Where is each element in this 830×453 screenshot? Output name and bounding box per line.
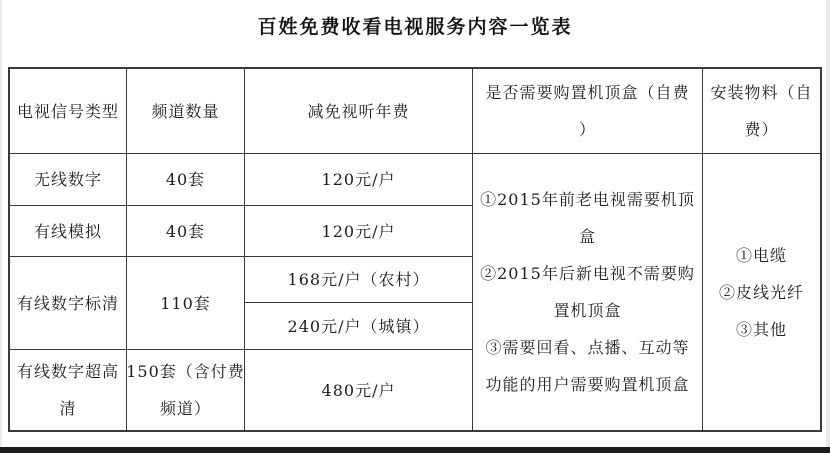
header-stb-line: 是否需要购置机顶盒（自费: [485, 74, 689, 111]
header-channel-count: 频道数量: [127, 69, 245, 154]
stb-note-line: ①2015年前老电视需要机顶: [480, 181, 695, 218]
materials-note-line: ②皮线光纤: [719, 274, 804, 311]
stb-note-line: ②2015年后新电视不需要购: [480, 255, 695, 292]
cell-cable-sd-fee-rural: 168元/户（农村）: [245, 257, 473, 303]
header-stb-required: 是否需要购置机顶盒（自费 ）: [473, 69, 703, 154]
cell-wireless-digital-channels: 40套: [127, 154, 245, 206]
cell-cable-analog-channels: 40套: [127, 206, 245, 257]
header-install-materials: 安装物料（自 费）: [703, 69, 820, 154]
stb-note-line: ③需要回看、点播、互动等: [485, 329, 689, 366]
materials-note-line: ①电缆: [736, 237, 787, 274]
page-title: 百姓免费收看电视服务内容一览表: [8, 12, 822, 39]
stb-note-line: 置机顶盒: [553, 292, 621, 329]
header-fee-waiver: 减免视听年费: [245, 69, 473, 154]
screenshot-left-edge: [0, 0, 2, 453]
cell-cable-analog-type: 有线模拟: [10, 206, 127, 257]
header-materials-line: 费）: [744, 111, 778, 148]
cable-uhd-channels-line: 频道）: [160, 390, 211, 427]
screenshot-bottom-bar: [0, 447, 830, 453]
tv-services-table: 电视信号类型 频道数量 减免视听年费 是否需要购置机顶盒（自费 ） 安装物料（自…: [8, 67, 822, 432]
header-materials-line: 安装物料（自: [710, 74, 812, 111]
cable-uhd-type-line: 有线数字超高: [17, 353, 119, 390]
cell-cable-sd-channels: 110套: [127, 257, 245, 350]
header-stb-line: ）: [579, 111, 596, 148]
cell-wireless-digital-type: 无线数字: [10, 154, 127, 206]
cell-cable-uhd-fee: 480元/户: [245, 350, 473, 430]
screenshot-right-edge: [826, 0, 830, 447]
cell-materials-note: ①电缆 ②皮线光纤 ③其他: [703, 154, 820, 430]
stb-note-line: 盒: [579, 218, 596, 255]
cable-uhd-channels-line: 150套（含付费: [126, 353, 245, 390]
cell-cable-sd-type: 有线数字标清: [10, 257, 127, 350]
stb-note-line: 功能的用户需要购置机顶盒: [485, 366, 689, 403]
cable-uhd-type-line: 清: [59, 390, 76, 427]
cell-cable-uhd-type: 有线数字超高 清: [10, 350, 127, 430]
materials-note-line: ③其他: [736, 311, 787, 348]
header-signal-type: 电视信号类型: [10, 69, 127, 154]
cell-cable-analog-fee: 120元/户: [245, 206, 473, 257]
cell-cable-uhd-channels: 150套（含付费 频道）: [127, 350, 245, 430]
cell-wireless-digital-fee: 120元/户: [245, 154, 473, 206]
cell-cable-sd-fee-urban: 240元/户（城镇）: [245, 303, 473, 350]
cell-stb-note: ①2015年前老电视需要机顶 盒 ②2015年后新电视不需要购 置机顶盒 ③需要…: [473, 154, 703, 430]
